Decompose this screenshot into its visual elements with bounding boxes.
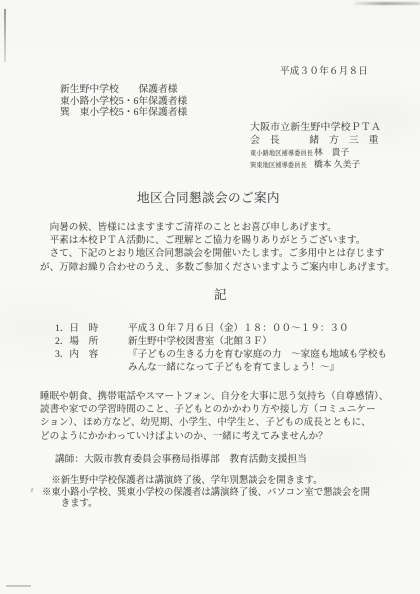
scan-artifact-top-smudge bbox=[354, 2, 420, 5]
lecturer-line: 講師：大阪市教育委員会事務局指導部 教育活動支援担当 bbox=[55, 451, 307, 465]
officer-title: 巽東地区補導委員長 bbox=[250, 161, 314, 171]
agenda-item-place: 2．場 所 新生野中学校図書室（北館３Ｆ） bbox=[55, 335, 387, 348]
greeting-line: が、万障お繰り合わせのうえ、多数ご参加くださいますようご案内申しあげます。 bbox=[40, 261, 395, 274]
agenda-list: 1．日 時 平成３０年７月６日（金）１８：００～１９：３０ 2．場 所 新生野中… bbox=[55, 322, 387, 374]
scan-artifact-left-line bbox=[4, 9, 6, 62]
greeting-line: 向暑の候、皆様にはますますご清祥のこととお喜び申しあげます。 bbox=[40, 221, 395, 234]
greeting-line: さて、下記のとおり地区合同懇談会を開催いたします。ご多用中とは存じます bbox=[40, 247, 395, 260]
document-title: 地区合同懇談会のご案内 bbox=[137, 187, 280, 206]
agenda-value-line: みんな一緒になって子どもを育てましょう！～』 bbox=[128, 361, 387, 374]
description-line: 睡眠や朝食、携帯電話やスマートフォン、自分を大事に思う気持ち（自尊感情）、 bbox=[40, 390, 388, 403]
note-line: ※東小路小学校、巽東小学校の保護者は講演終了後、パソコン室で懇談会を開 bbox=[42, 488, 370, 500]
scan-artifact-bottom-smudge bbox=[6, 585, 31, 587]
greeting-line: 平素は本校ＰＴＡ活動に、ご理解とご協力を賜りありがとうございます。 bbox=[40, 234, 395, 247]
recipient-line: 新生野中学校 保護者様 bbox=[60, 84, 187, 96]
sender-president: 会 長 緒 方 三 重 bbox=[250, 134, 381, 147]
agenda-value-line: 新生野中学校図書室（北館３Ｆ） bbox=[128, 335, 272, 348]
agenda-value-line: 平成３０年７月６日（金）１８：００～１９：３０ bbox=[128, 322, 349, 335]
description-line: ション）、ほめ方など、幼児期、小学生、中学生と、子どもの成長とともに、 bbox=[40, 416, 388, 429]
sender-block: 大阪市立新生野中学校ＰＴＡ 会 長 緒 方 三 重 東小路地区補導委員長 林 貴… bbox=[250, 121, 381, 172]
officer-title: 東小路地区補導委員長 bbox=[250, 149, 314, 159]
greeting-paragraphs: 向暑の候、皆様にはますますご清祥のこととお喜び申しあげます。 平素は本校ＰＴＡ活… bbox=[40, 221, 395, 274]
sender-officer-row: 巽東地区補導委員長 橋本 久美子 bbox=[250, 159, 381, 171]
agenda-label: 1．日 時 bbox=[55, 322, 128, 335]
officer-name: 林 貴子 bbox=[314, 147, 349, 157]
note-line: きます。 bbox=[42, 499, 370, 511]
notes-block: ※新生野中学校保護者は講演終了後、学年別懇談会を開きます。 ※東小路小学校、巽東… bbox=[42, 476, 370, 511]
sender-officer-row: 東小路地区補導委員長 林 貴子 bbox=[250, 147, 381, 159]
scan-artifact-tick bbox=[30, 488, 33, 492]
recipient-block: 新生野中学校 保護者様 東小路小学校5・6年保護者様 巽 東小学校5・6年保護者… bbox=[60, 84, 187, 119]
recipient-line: 東小路小学校5・6年保護者様 bbox=[60, 96, 187, 108]
agenda-value-line: 『子どもの生きる力を育む家庭の力 ～家庭も地域も学校も bbox=[128, 348, 387, 361]
sender-organization: 大阪市立新生野中学校ＰＴＡ bbox=[250, 121, 381, 134]
officer-name: 橋本 久美子 bbox=[314, 159, 360, 169]
note-line: ※新生野中学校保護者は講演終了後、学年別懇談会を開きます。 bbox=[42, 476, 370, 488]
agenda-item-content: 3．内 容 『子どもの生きる力を育む家庭の力 ～家庭も地域も学校も みんな一緒に… bbox=[55, 348, 387, 374]
description-line: どのようにかかわっていけばよいのか、一緒に考えてみませんか？ bbox=[40, 430, 388, 443]
agenda-label: 3．内 容 bbox=[55, 348, 128, 361]
scanned-letter-page: 平成３０年６月８日 新生野中学校 保護者様 東小路小学校5・6年保護者様 巽 東… bbox=[0, 0, 420, 594]
letter-date: 平成３０年６月８日 bbox=[280, 63, 368, 77]
agenda-label: 2．場 所 bbox=[55, 335, 128, 348]
description-line: 読書や家での学習時間のこと、子どもとのかかわり方や接し方（コミュニケー bbox=[40, 403, 388, 416]
topic-description: 睡眠や朝食、携帯電話やスマートフォン、自分を大事に思う気持ち（自尊感情）、 読書… bbox=[40, 390, 388, 443]
ki-marker: 記 bbox=[214, 285, 227, 303]
recipient-line: 巽 東小学校5・6年保護者様 bbox=[60, 107, 187, 119]
agenda-item-datetime: 1．日 時 平成３０年７月６日（金）１８：００～１９：３０ bbox=[55, 322, 387, 335]
